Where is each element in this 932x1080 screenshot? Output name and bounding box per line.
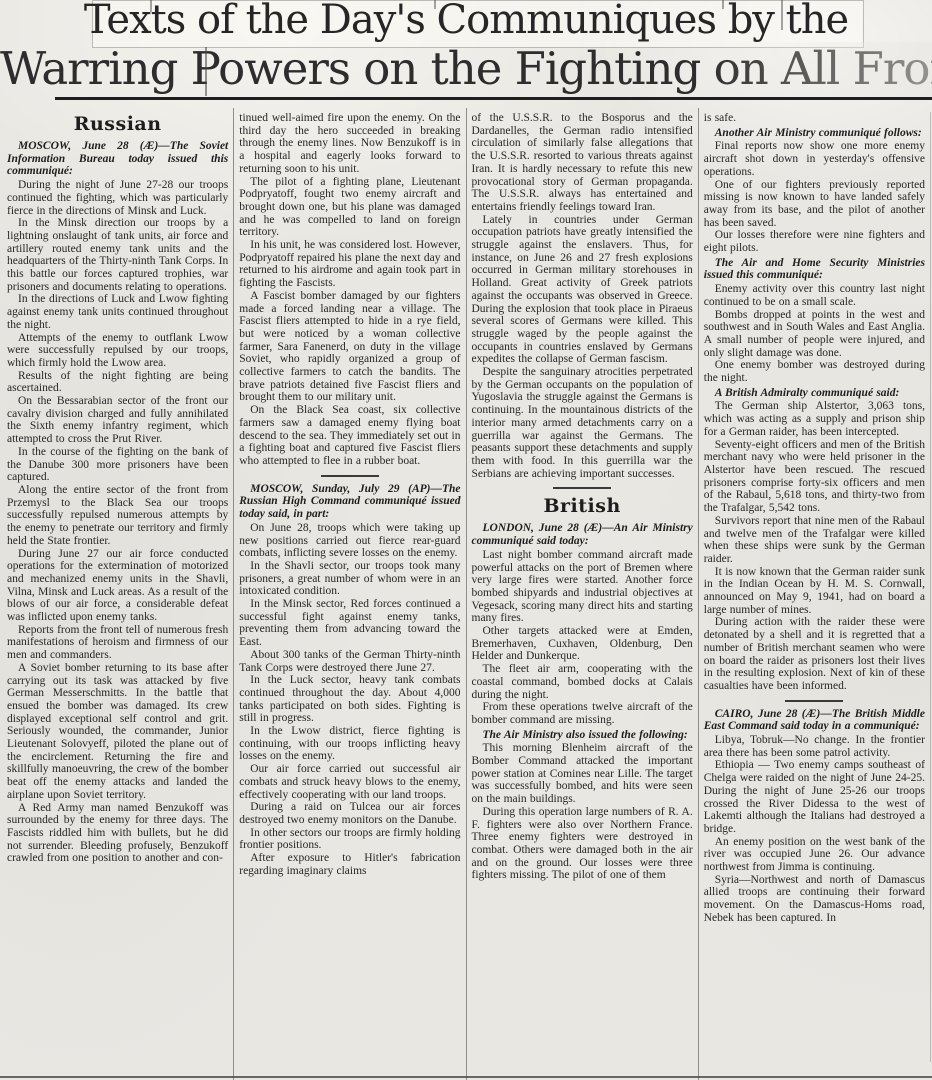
paragraph: It is now known that the German raider s… [704,566,925,617]
paragraph: The pilot of a fighting plane, Lieutenan… [239,176,460,240]
dateline: LONDON, June 28 (Æ)—An Air Ministry comm… [472,522,693,547]
headline-rule [55,97,932,100]
paragraph: Our losses therefore were nine fighters … [704,229,925,254]
paragraph: A Red Army man named Benzukoff was surro… [7,802,228,866]
dateline: The Air Ministry also issued the followi… [472,729,693,742]
section-header: British [472,495,693,517]
paragraph: From these operations twelve aircraft of… [472,701,693,726]
dateline: The Air and Home Security Ministries iss… [704,257,925,282]
paragraph: Despite the sanguinary atrocities perpet… [472,366,693,480]
paragraph: In other sectors our troops are firmly h… [239,827,460,852]
section-divider [321,475,379,477]
paragraph: In the Shavli sector, our troops took ma… [239,560,460,598]
scan-line-artifact [722,0,724,9]
paragraph: Last night bomber command aircraft made … [472,549,693,625]
dateline: CAIRO, June 28 (Æ)—The British Middle Ea… [704,708,925,733]
paragraph: Attempts of the enemy to outflank Lwow w… [7,332,228,370]
right-edge-rule [930,112,932,1062]
paragraph: A Soviet bomber returning to its base af… [7,662,228,802]
paragraph: Survivors report that nine men of the Ra… [704,515,925,566]
paragraph: During the night of June 27-28 our troop… [7,179,228,217]
paragraph: In the course of the fighting on the ban… [7,446,228,484]
paragraph: In the Minsk direction our troops by a l… [7,217,228,293]
dateline: Another Air Ministry communiqué follows: [704,127,925,140]
paragraph: This morning Blenheim aircraft of the Bo… [472,742,693,806]
paragraph: Reports from the front tell of numerous … [7,624,228,662]
paragraph: In the Minsk sector, Red forces continue… [239,598,460,649]
paragraph: About 300 tanks of the German Thirty-nin… [239,649,460,674]
paragraph: of the U.S.S.R. to the Bosporus and the … [472,112,693,214]
column-3: of the U.S.S.R. to the Bosporus and the … [467,108,699,1080]
paragraph: On the Bessarabian sector of the front o… [7,395,228,446]
section-header: Russian [7,113,228,135]
headline-line-1: Texts of the Day's Communiques by the [0,0,932,43]
column-rule-artifact [205,47,207,96]
paragraph: Ethiopia — Two enemy camps southeast of … [704,759,925,835]
paragraph: On the Black Sea coast, six collective f… [239,404,460,468]
paragraph: Along the entire sector of the front fro… [7,484,228,548]
paragraph: tinued well-aimed fire upon the enemy. O… [239,112,460,176]
paragraph: In the Lwow district, fierce fighting is… [239,725,460,763]
paragraph: Enemy activity over this country last ni… [704,283,925,308]
column-1: RussianMOSCOW, June 28 (Æ)—The Soviet In… [2,108,234,1080]
paragraph: On June 28, troops which were taking up … [239,522,460,560]
paragraph: Libya, Tobruk—No change. In the frontier… [704,734,925,759]
paragraph: Our air force carried out successful air… [239,763,460,801]
paragraph: is safe. [704,112,925,125]
paragraph: In his unit, he was considered lost. How… [239,239,460,290]
headline-line-2: Warring Powers on the Fighting on All Fr… [0,42,932,95]
paragraph: Final reports now show one more enemy ai… [704,140,925,178]
paragraph: During June 27 our air force conducted o… [7,548,228,624]
scan-line-artifact [781,0,783,30]
headline-area: Texts of the Day's Communiques by the Wa… [0,0,932,108]
paragraph: In the Luck sector, heavy tank combats c… [239,674,460,725]
section-divider [785,700,843,702]
paragraph: Lately in countries under German occupat… [472,214,693,366]
column-2: tinued well-aimed fire upon the enemy. O… [234,108,466,1080]
dateline: MOSCOW, June 28 (Æ)—The Soviet Informati… [7,140,228,178]
paragraph: The German ship Alstertor, 3,063 tons, w… [704,400,925,438]
paragraph: One of our fighters previously reported … [704,179,925,230]
paragraph: One enemy bomber was destroyed during th… [704,359,925,384]
paragraph: A Fascist bomber damaged by our fighters… [239,290,460,404]
bottom-rule [0,1076,932,1078]
paragraph: Results of the night fighting are being … [7,370,228,395]
column-4: is safe.Another Air Ministry communiqué … [699,108,930,1080]
section-divider [553,487,611,489]
scan-line-artifact [434,0,436,9]
dateline: A British Admiralty communiqué said: [704,387,925,400]
paragraph: The fleet air arm, cooperating with the … [472,663,693,701]
paragraph: After exposure to Hitler's fabrication r… [239,852,460,877]
paragraph: Syria—Northwest and north of Damascus al… [704,874,925,925]
dateline: MOSCOW, Sunday, July 29 (AP)—The Russian… [239,483,460,521]
paragraph: During a raid on Tulcea our air forces d… [239,801,460,826]
paragraph: During action with the raider these were… [704,616,925,692]
paragraph: During this operation large numbers of R… [472,806,693,882]
article-columns: RussianMOSCOW, June 28 (Æ)—The Soviet In… [2,108,930,1080]
paragraph: Seventy-eight officers and men of the Br… [704,439,925,515]
paragraph: Other targets attacked were at Emden, Br… [472,625,693,663]
paragraph: Bombs dropped at points in the west and … [704,309,925,360]
scan-line-artifact [150,0,152,12]
paragraph: An enemy position on the west bank of th… [704,836,925,874]
paragraph: In the directions of Luck and Lwow fight… [7,293,228,331]
